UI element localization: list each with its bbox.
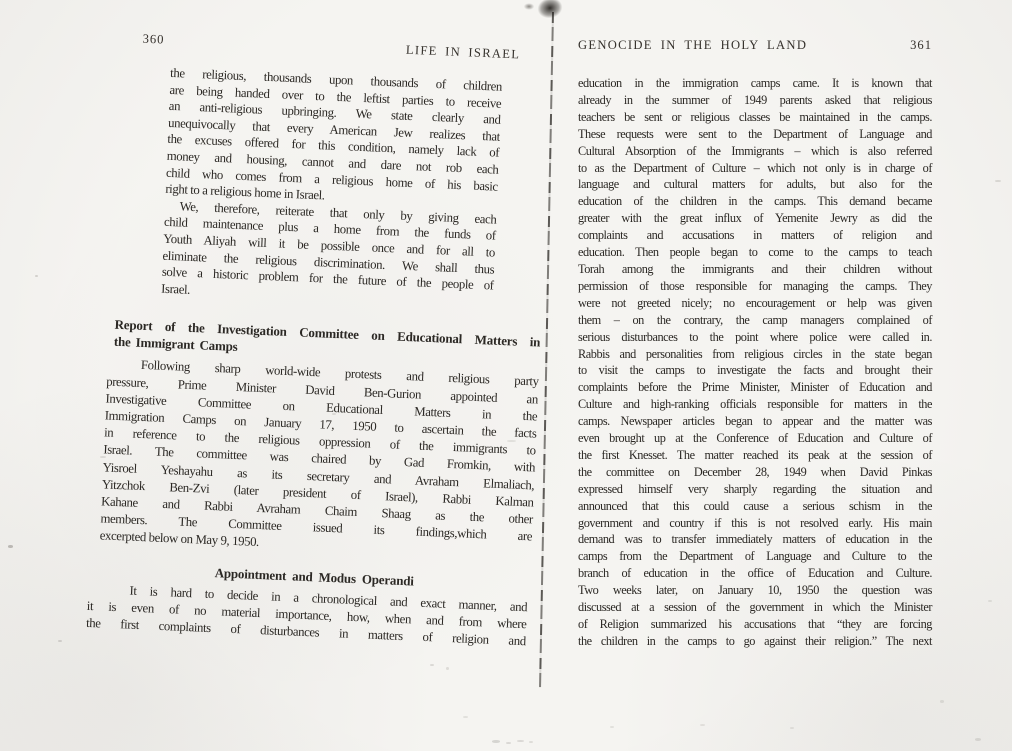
text-line: greater with the great influx of Yemenit… (578, 210, 932, 227)
quote-paragraph-2: We, therefore, reiterate that only by gi… (161, 198, 497, 311)
text-line: the committee on December 28, 1949 when … (578, 464, 932, 481)
text-line: complaints before the Prime Minister, Mi… (578, 379, 932, 396)
text-line: demand was to transfer immediately matte… (578, 531, 932, 548)
text-line: education. Then people began to come to … (578, 244, 932, 261)
body-paragraph: education in the immigration camps came.… (578, 75, 932, 650)
scan-speck (517, 740, 524, 742)
text-line: These requests were sent to the Departme… (578, 126, 932, 143)
left-page: 360 LIFE IN ISRAEL the religious, thousa… (30, 28, 521, 650)
quote-paragraph-1: the religious, thousands upon thousands … (165, 65, 502, 212)
scan-speck (995, 180, 1001, 182)
page-number: 361 (910, 38, 932, 52)
text-line: education of the children in the camps. … (578, 193, 932, 210)
running-header: LIFE IN ISRAEL (406, 43, 521, 64)
scan-speck (975, 738, 981, 741)
right-page: GENOCIDE IN THE HOLY LAND 361 education … (578, 38, 932, 650)
text-line: Culture and high-ranking officials respo… (578, 396, 932, 413)
scan-speck (940, 700, 944, 703)
scan-speck (988, 600, 992, 602)
text-line: discussed at a session of the government… (578, 599, 932, 616)
scan-speck (529, 741, 533, 743)
scan-speck (507, 440, 516, 442)
running-header: GENOCIDE IN THE HOLY LAND (578, 38, 807, 52)
right-page-header: GENOCIDE IN THE HOLY LAND 361 (578, 38, 932, 52)
text-line: to visit the camps to investigate the fa… (578, 362, 932, 379)
text-line: permission of those responsible for mana… (578, 278, 932, 295)
text-line: Cultural Absorption of the Immigrants – … (578, 143, 932, 160)
text-line: were not greeted nicely; no encouragemen… (578, 295, 932, 312)
scan-speck (610, 726, 614, 728)
scan-speck (100, 456, 106, 458)
scan-speck (790, 727, 794, 729)
text-line: even brought up at the Conference of Edu… (578, 430, 932, 447)
text-line: complaints and accusations in matters of… (578, 227, 932, 244)
ink-smudge (532, 0, 569, 24)
quote-block: the religious, thousands upon thousands … (161, 65, 502, 311)
scan-speck (700, 724, 705, 726)
text-line: announced that this could cause a seriou… (578, 498, 932, 515)
ink-smudge (522, 2, 536, 11)
page-number: 360 (142, 32, 165, 49)
text-line: to as the Department of Culture – which … (578, 160, 932, 177)
text-line: Two weeks later, on January 10, 1950 the… (578, 582, 932, 599)
text-line: them – on the contrary, the camp manager… (578, 312, 932, 329)
scan-speck (446, 667, 449, 670)
text-line: the children in the camps to go against … (578, 633, 932, 650)
committee-paragraph: Following sharp world-wide protests and … (99, 356, 539, 563)
text-line: camps from the Department of Language an… (578, 548, 932, 565)
scan-speck (463, 716, 468, 718)
text-line: teachers be sent or religious classes be… (578, 109, 932, 126)
scan-speck (58, 640, 62, 642)
text-line: expressed himself very sharply regarding… (578, 481, 932, 498)
text-line: already in the summer of 1949 parents as… (578, 92, 932, 109)
text-line: camps. Newspaper articles began to appea… (578, 413, 932, 430)
text-line: Rabbis and personalities from religious … (578, 346, 932, 363)
scan-speck (35, 275, 38, 277)
scan-speck (8, 545, 13, 548)
text-line: language and cultural matters for adults… (578, 176, 932, 193)
text-line: government and country if this is not re… (578, 515, 932, 532)
scan-speck (430, 664, 434, 666)
text-line: branch of education in the office of Edu… (578, 565, 932, 582)
gutter-fold-line (539, 12, 554, 688)
scan-speck (492, 740, 500, 743)
book-scan-page: 360 LIFE IN ISRAEL the religious, thousa… (0, 0, 1012, 751)
text-line: Torah among the immigrants and their chi… (578, 261, 932, 278)
text-line: the first Knesset. The matter reached it… (578, 447, 932, 464)
left-page-header: 360 LIFE IN ISRAEL (54, 28, 520, 64)
text-line: serious disturbances to the point where … (578, 329, 932, 346)
text-line: education in the immigration camps came.… (578, 75, 932, 92)
scan-speck (506, 742, 511, 744)
text-line: of Religion summarized his accusations t… (578, 616, 932, 633)
scan-speck (332, 413, 336, 415)
